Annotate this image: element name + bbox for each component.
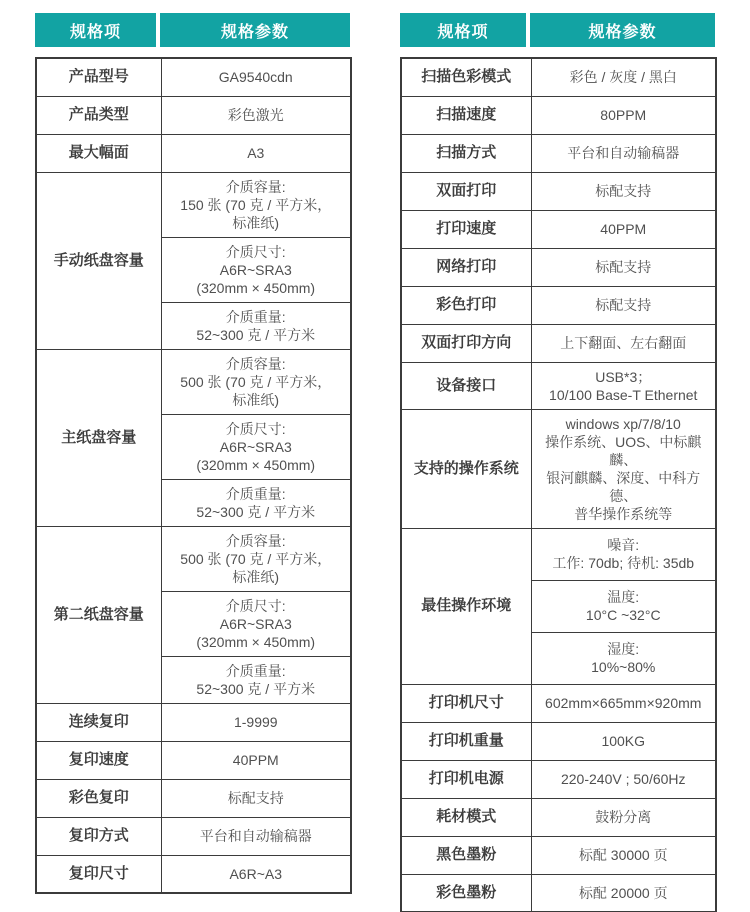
spec-row: 打印速度40PPM <box>401 210 716 248</box>
spec-row: 第二纸盘容量介质容量: 500 张 (70 克 / 平方米， 标准纸) <box>36 526 351 591</box>
spec-item-label: 设备接口 <box>401 362 531 409</box>
spec-item-label: 扫描方式 <box>401 134 531 172</box>
spec-value: 介质尺寸: A6R~SRA3 (320mm × 450mm) <box>161 591 351 656</box>
spec-value: 100KG <box>531 722 716 760</box>
spec-row: 彩色打印标配支持 <box>401 286 716 324</box>
spec-row: 打印机尺寸602mm×665mm×920mm <box>401 684 716 722</box>
spec-item-label: 产品类型 <box>36 96 161 134</box>
spec-value: 介质容量: 500 张 (70 克 / 平方米， 标准纸) <box>161 349 351 414</box>
spec-item-label: 彩色打印 <box>401 286 531 324</box>
spec-item-label: 扫描色彩模式 <box>401 58 531 96</box>
spec-value: 介质重量: 52~300 克 / 平方米 <box>161 479 351 526</box>
column-header-spec-item: 规格项 <box>35 13 156 47</box>
spec-table-copy: 规格项 规格参数 产品型号GA9540cdn产品类型彩色激光最大幅面A3手动纸盘… <box>35 13 350 912</box>
spec-row: 最大幅面A3 <box>36 134 351 172</box>
spec-value: USB*3； 10/100 Base-T Ethernet <box>531 362 716 409</box>
spec-body-table: 产品型号GA9540cdn产品类型彩色激光最大幅面A3手动纸盘容量介质容量: 1… <box>35 57 352 894</box>
spec-item-label: 打印机电源 <box>401 760 531 798</box>
spec-item-label: 打印机尺寸 <box>401 684 531 722</box>
spec-row: 复印速度40PPM <box>36 741 351 779</box>
spec-value: 标配支持 <box>531 248 716 286</box>
spec-item-label: 连续复印 <box>36 703 161 741</box>
spec-row: 打印机重量100KG <box>401 722 716 760</box>
spec-value: 标配支持 <box>531 286 716 324</box>
spec-row: 彩色墨粉标配 20000 页 <box>401 874 716 912</box>
column-header-spec-item: 规格项 <box>400 13 526 47</box>
spec-item-label: 扫描速度 <box>401 96 531 134</box>
spec-item-label: 复印方式 <box>36 817 161 855</box>
table-header-row: 规格项 规格参数 <box>400 13 715 47</box>
spec-row: 网络打印标配支持 <box>401 248 716 286</box>
spec-item-label: 手动纸盘容量 <box>36 172 161 349</box>
spec-value: GA9540cdn <box>161 58 351 96</box>
spec-value: 标配 30000 页 <box>531 836 716 874</box>
table-header-row: 规格项 规格参数 <box>35 13 350 47</box>
spec-value: 介质容量: 500 张 (70 克 / 平方米， 标准纸) <box>161 526 351 591</box>
column-header-spec-param: 规格参数 <box>160 13 350 47</box>
spec-row: 最佳操作环境噪音: 工作: 70db; 待机: 35db <box>401 528 716 580</box>
spec-value: A3 <box>161 134 351 172</box>
spec-value: 平台和自动输稿器 <box>161 817 351 855</box>
spec-item-label: 彩色复印 <box>36 779 161 817</box>
spec-row: 双面打印方向上下翻面、左右翻面 <box>401 324 716 362</box>
spec-value: 介质尺寸: A6R~SRA3 (320mm × 450mm) <box>161 237 351 302</box>
spec-item-label: 支持的操作系统 <box>401 409 531 528</box>
spec-value: windows xp/7/8/10 操作系统、UOS、中标麒麟、 银河麒麟、深度… <box>531 409 716 528</box>
spec-row: 彩色复印标配支持 <box>36 779 351 817</box>
spec-value: 220-240V ; 50/60Hz <box>531 760 716 798</box>
spec-value: 标配支持 <box>161 779 351 817</box>
spec-value: 标配 20000 页 <box>531 874 716 912</box>
spec-row: 耗材模式鼓粉分离 <box>401 798 716 836</box>
spec-value: 1-9999 <box>161 703 351 741</box>
column-header-spec-param: 规格参数 <box>530 13 715 47</box>
spec-value: A6R~A3 <box>161 855 351 893</box>
spec-value: 介质尺寸: A6R~SRA3 (320mm × 450mm) <box>161 414 351 479</box>
spec-value: 湿度: 10%~80% <box>531 632 716 684</box>
spec-item-label: 网络打印 <box>401 248 531 286</box>
spec-row: 主纸盘容量介质容量: 500 张 (70 克 / 平方米， 标准纸) <box>36 349 351 414</box>
spec-item-label: 最大幅面 <box>36 134 161 172</box>
spec-row: 连续复印1-9999 <box>36 703 351 741</box>
spec-value: 介质容量: 150 张 (70 克 / 平方米， 标准纸) <box>161 172 351 237</box>
spec-value: 80PPM <box>531 96 716 134</box>
spec-table-body: 扫描色彩模式彩色 / 灰度 / 黑白扫描速度80PPM扫描方式平台和自动输稿器双… <box>401 58 716 912</box>
spec-item-label: 耗材模式 <box>401 798 531 836</box>
spec-row: 手动纸盘容量介质容量: 150 张 (70 克 / 平方米， 标准纸) <box>36 172 351 237</box>
spec-item-label: 产品型号 <box>36 58 161 96</box>
spec-row: 扫描方式平台和自动输稿器 <box>401 134 716 172</box>
spec-item-label: 第二纸盘容量 <box>36 526 161 703</box>
spec-value: 标配支持 <box>531 172 716 210</box>
spec-item-label: 复印尺寸 <box>36 855 161 893</box>
spec-row: 复印尺寸A6R~A3 <box>36 855 351 893</box>
spec-item-label: 打印机重量 <box>401 722 531 760</box>
spec-row: 黑色墨粉标配 30000 页 <box>401 836 716 874</box>
spec-row: 复印方式平台和自动输稿器 <box>36 817 351 855</box>
spec-row: 产品型号GA9540cdn <box>36 58 351 96</box>
spec-row: 产品类型彩色激光 <box>36 96 351 134</box>
spec-value: 彩色激光 <box>161 96 351 134</box>
spec-item-label: 黑色墨粉 <box>401 836 531 874</box>
spec-row: 扫描速度80PPM <box>401 96 716 134</box>
spec-row: 双面打印标配支持 <box>401 172 716 210</box>
spec-row: 打印机电源220-240V ; 50/60Hz <box>401 760 716 798</box>
spec-item-label: 最佳操作环境 <box>401 528 531 684</box>
spec-item-label: 彩色墨粉 <box>401 874 531 912</box>
spec-value: 介质重量: 52~300 克 / 平方米 <box>161 656 351 703</box>
spec-value: 上下翻面、左右翻面 <box>531 324 716 362</box>
spec-body-table: 扫描色彩模式彩色 / 灰度 / 黑白扫描速度80PPM扫描方式平台和自动输稿器双… <box>400 57 717 912</box>
spec-value: 平台和自动输稿器 <box>531 134 716 172</box>
spec-value: 温度: 10°C ~32°C <box>531 580 716 632</box>
spec-sheet: 规格项 规格参数 产品型号GA9540cdn产品类型彩色激光最大幅面A3手动纸盘… <box>0 0 750 912</box>
spec-table-body: 产品型号GA9540cdn产品类型彩色激光最大幅面A3手动纸盘容量介质容量: 1… <box>36 58 351 893</box>
spec-value: 噪音: 工作: 70db; 待机: 35db <box>531 528 716 580</box>
spec-value: 彩色 / 灰度 / 黑白 <box>531 58 716 96</box>
spec-value: 602mm×665mm×920mm <box>531 684 716 722</box>
spec-table-scan-print: 规格项 规格参数 扫描色彩模式彩色 / 灰度 / 黑白扫描速度80PPM扫描方式… <box>400 13 715 912</box>
spec-row: 设备接口USB*3； 10/100 Base-T Ethernet <box>401 362 716 409</box>
spec-item-label: 复印速度 <box>36 741 161 779</box>
spec-value: 40PPM <box>161 741 351 779</box>
spec-item-label: 打印速度 <box>401 210 531 248</box>
spec-row: 支持的操作系统windows xp/7/8/10 操作系统、UOS、中标麒麟、 … <box>401 409 716 528</box>
spec-item-label: 双面打印 <box>401 172 531 210</box>
spec-value: 介质重量: 52~300 克 / 平方米 <box>161 302 351 349</box>
spec-item-label: 双面打印方向 <box>401 324 531 362</box>
spec-value: 40PPM <box>531 210 716 248</box>
spec-row: 扫描色彩模式彩色 / 灰度 / 黑白 <box>401 58 716 96</box>
spec-value: 鼓粉分离 <box>531 798 716 836</box>
spec-item-label: 主纸盘容量 <box>36 349 161 526</box>
